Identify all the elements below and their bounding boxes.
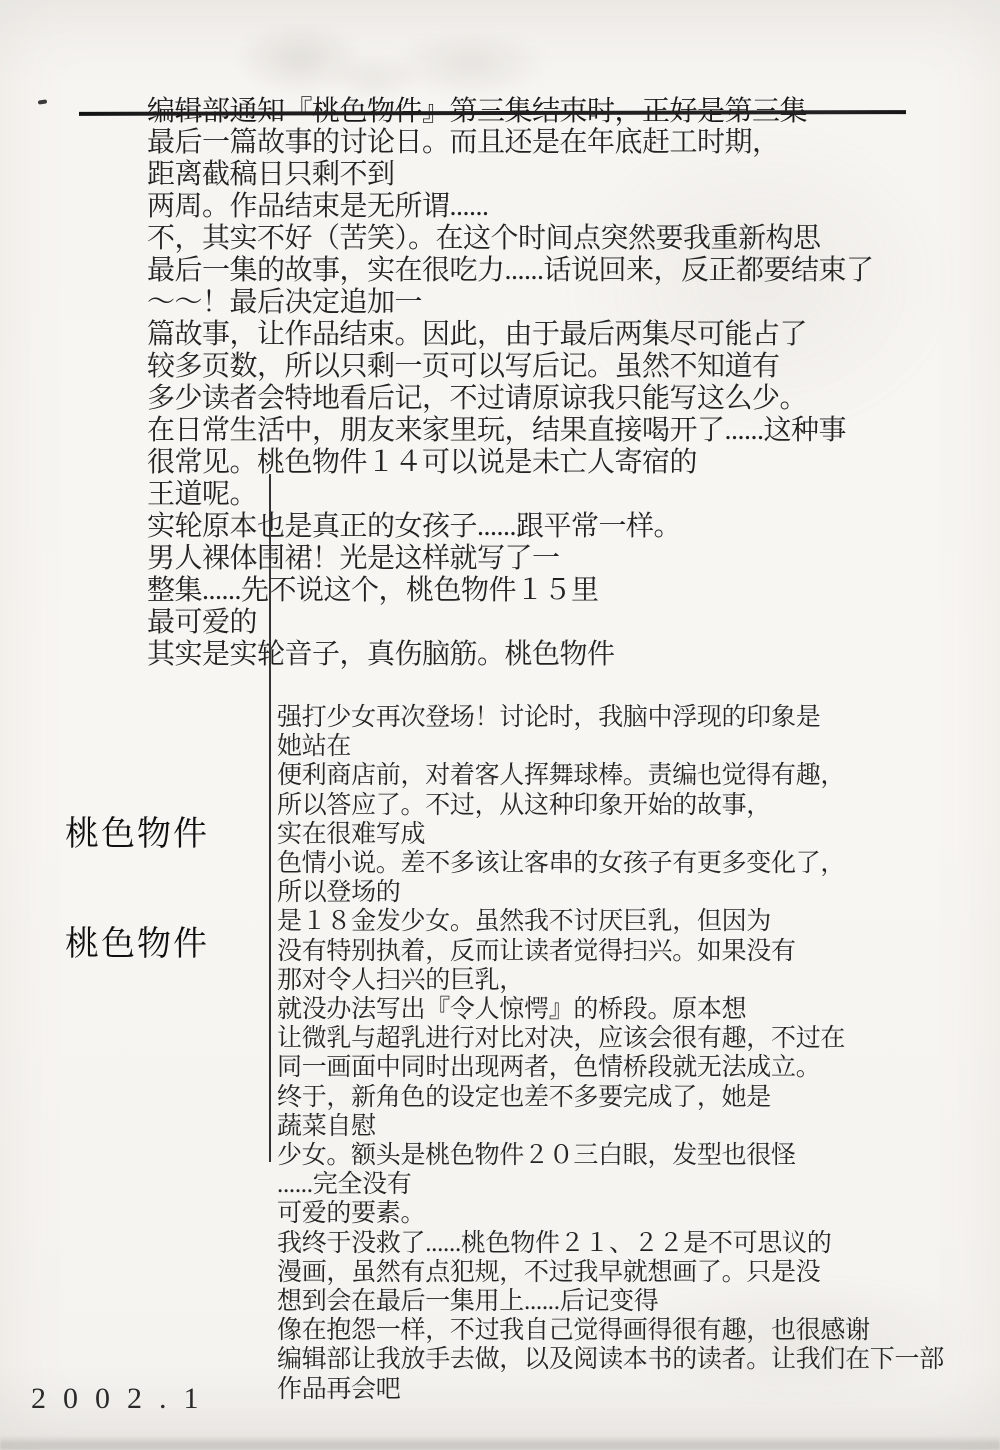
text-line: 较多页数，所以只剩一页可以写后记。虽然不知道有 [147, 351, 957, 383]
page-edge-shadow [0, 1436, 1000, 1450]
text-line: 像在抱怨一样，不过我自己觉得画得很有趣，也很感谢 [277, 1316, 977, 1345]
text-line: ～～！最后决定追加一 [147, 287, 957, 319]
paper-bleedthrough-smudge [235, 22, 365, 97]
text-line: 色情小说。差不多该让客串的女孩子有更多变化了， [277, 849, 977, 878]
text-line: 两周。作品结束是无所谓...... [147, 191, 957, 223]
text-line: 同一画面中同时出现两者，色情桥段就无法成立。 [277, 1053, 977, 1082]
text-line: 编辑部让我放手去做，以及阅读本书的读者。让我们在下一部 [277, 1345, 977, 1374]
paper-bleedthrough-smudge [330, 55, 420, 100]
text-line: 最后一篇故事的讨论日。而且还是在年底赶工时期， [147, 127, 957, 159]
text-line: 最后一集的故事，实在很吃力......话说回来，反正都要结束了 [147, 255, 957, 287]
text-line: 漫画，虽然有点犯规，不过我早就想画了。只是没 [277, 1258, 977, 1287]
vertical-divider-rule [269, 474, 271, 1162]
text-line: 所以答应了。不过，从这种印象开始的故事， [277, 791, 977, 820]
text-line: 便利商店前，对着客人挥舞球棒。责编也觉得有趣， [277, 761, 977, 790]
text-line: 终于，新角色的设定也差不多要完成了，她是 [277, 1083, 977, 1112]
text-line: 实在很难写成 [277, 820, 977, 849]
text-line: 少女。额头是桃色物件２０三白眼，发型也很怪 [277, 1141, 977, 1170]
paper-bleedthrough-smudge [390, 30, 550, 100]
text-line: 所以登场的 [277, 878, 977, 907]
text-line: 不，其实不好（苦笑）。在这个时间点突然要我重新构思 [147, 223, 957, 255]
scanned-afterword-page: 编辑部通知『桃色物件』第三集结束时，正好是第三集 最后一篇故事的讨论日。而且还是… [0, 0, 1000, 1450]
text-line: 没有特别执着，反而让读者觉得扫兴。如果没有 [277, 937, 977, 966]
ink-speck [38, 99, 47, 104]
text-line: 想到会在最后一集用上......后记变得 [277, 1287, 977, 1316]
series-title-label-2: 桃色物件 [65, 916, 209, 965]
text-line: 蔬菜自慰 [277, 1112, 977, 1141]
text-line: 让微乳与超乳进行对比对决，应该会很有趣，不过在 [277, 1024, 977, 1053]
text-line: 就没办法写出『令人惊愕』的桥段。原本想 [277, 995, 977, 1024]
text-line: 篇故事，让作品结束。因此，由于最后两集尽可能占了 [147, 319, 957, 351]
text-line: 可爱的要素。 [277, 1199, 977, 1228]
text-line: 在日常生活中，朋友来家里玩，结果直接喝开了......这种事 [147, 415, 957, 447]
text-line: 她站在 [277, 732, 977, 761]
series-title-label-1: 桃色物件 [65, 806, 209, 855]
text-line: 是１８金发少女。虽然我不讨厌巨乳，但因为 [277, 907, 977, 936]
date-label: 2002.1 [31, 1382, 216, 1416]
text-line: 作品再会吧 [277, 1375, 977, 1404]
afterword-paragraph-bottom: 强打少女再次登场！讨论时，我脑中浮现的印象是她站在便利商店前，对着客人挥舞球棒。… [277, 703, 977, 1404]
text-line: 我终于没救了......桃色物件２１、２２是不可思议的 [277, 1229, 977, 1258]
text-line: 多少读者会特地看后记，不过请原谅我只能写这么少。 [147, 383, 957, 415]
text-line: ......完全没有 [277, 1170, 977, 1199]
text-line: 那对令人扫兴的巨乳， [277, 966, 977, 995]
text-line: 距离截稿日只剩不到 [147, 159, 957, 191]
text-line: 强打少女再次登场！讨论时，我脑中浮现的印象是 [277, 703, 977, 732]
